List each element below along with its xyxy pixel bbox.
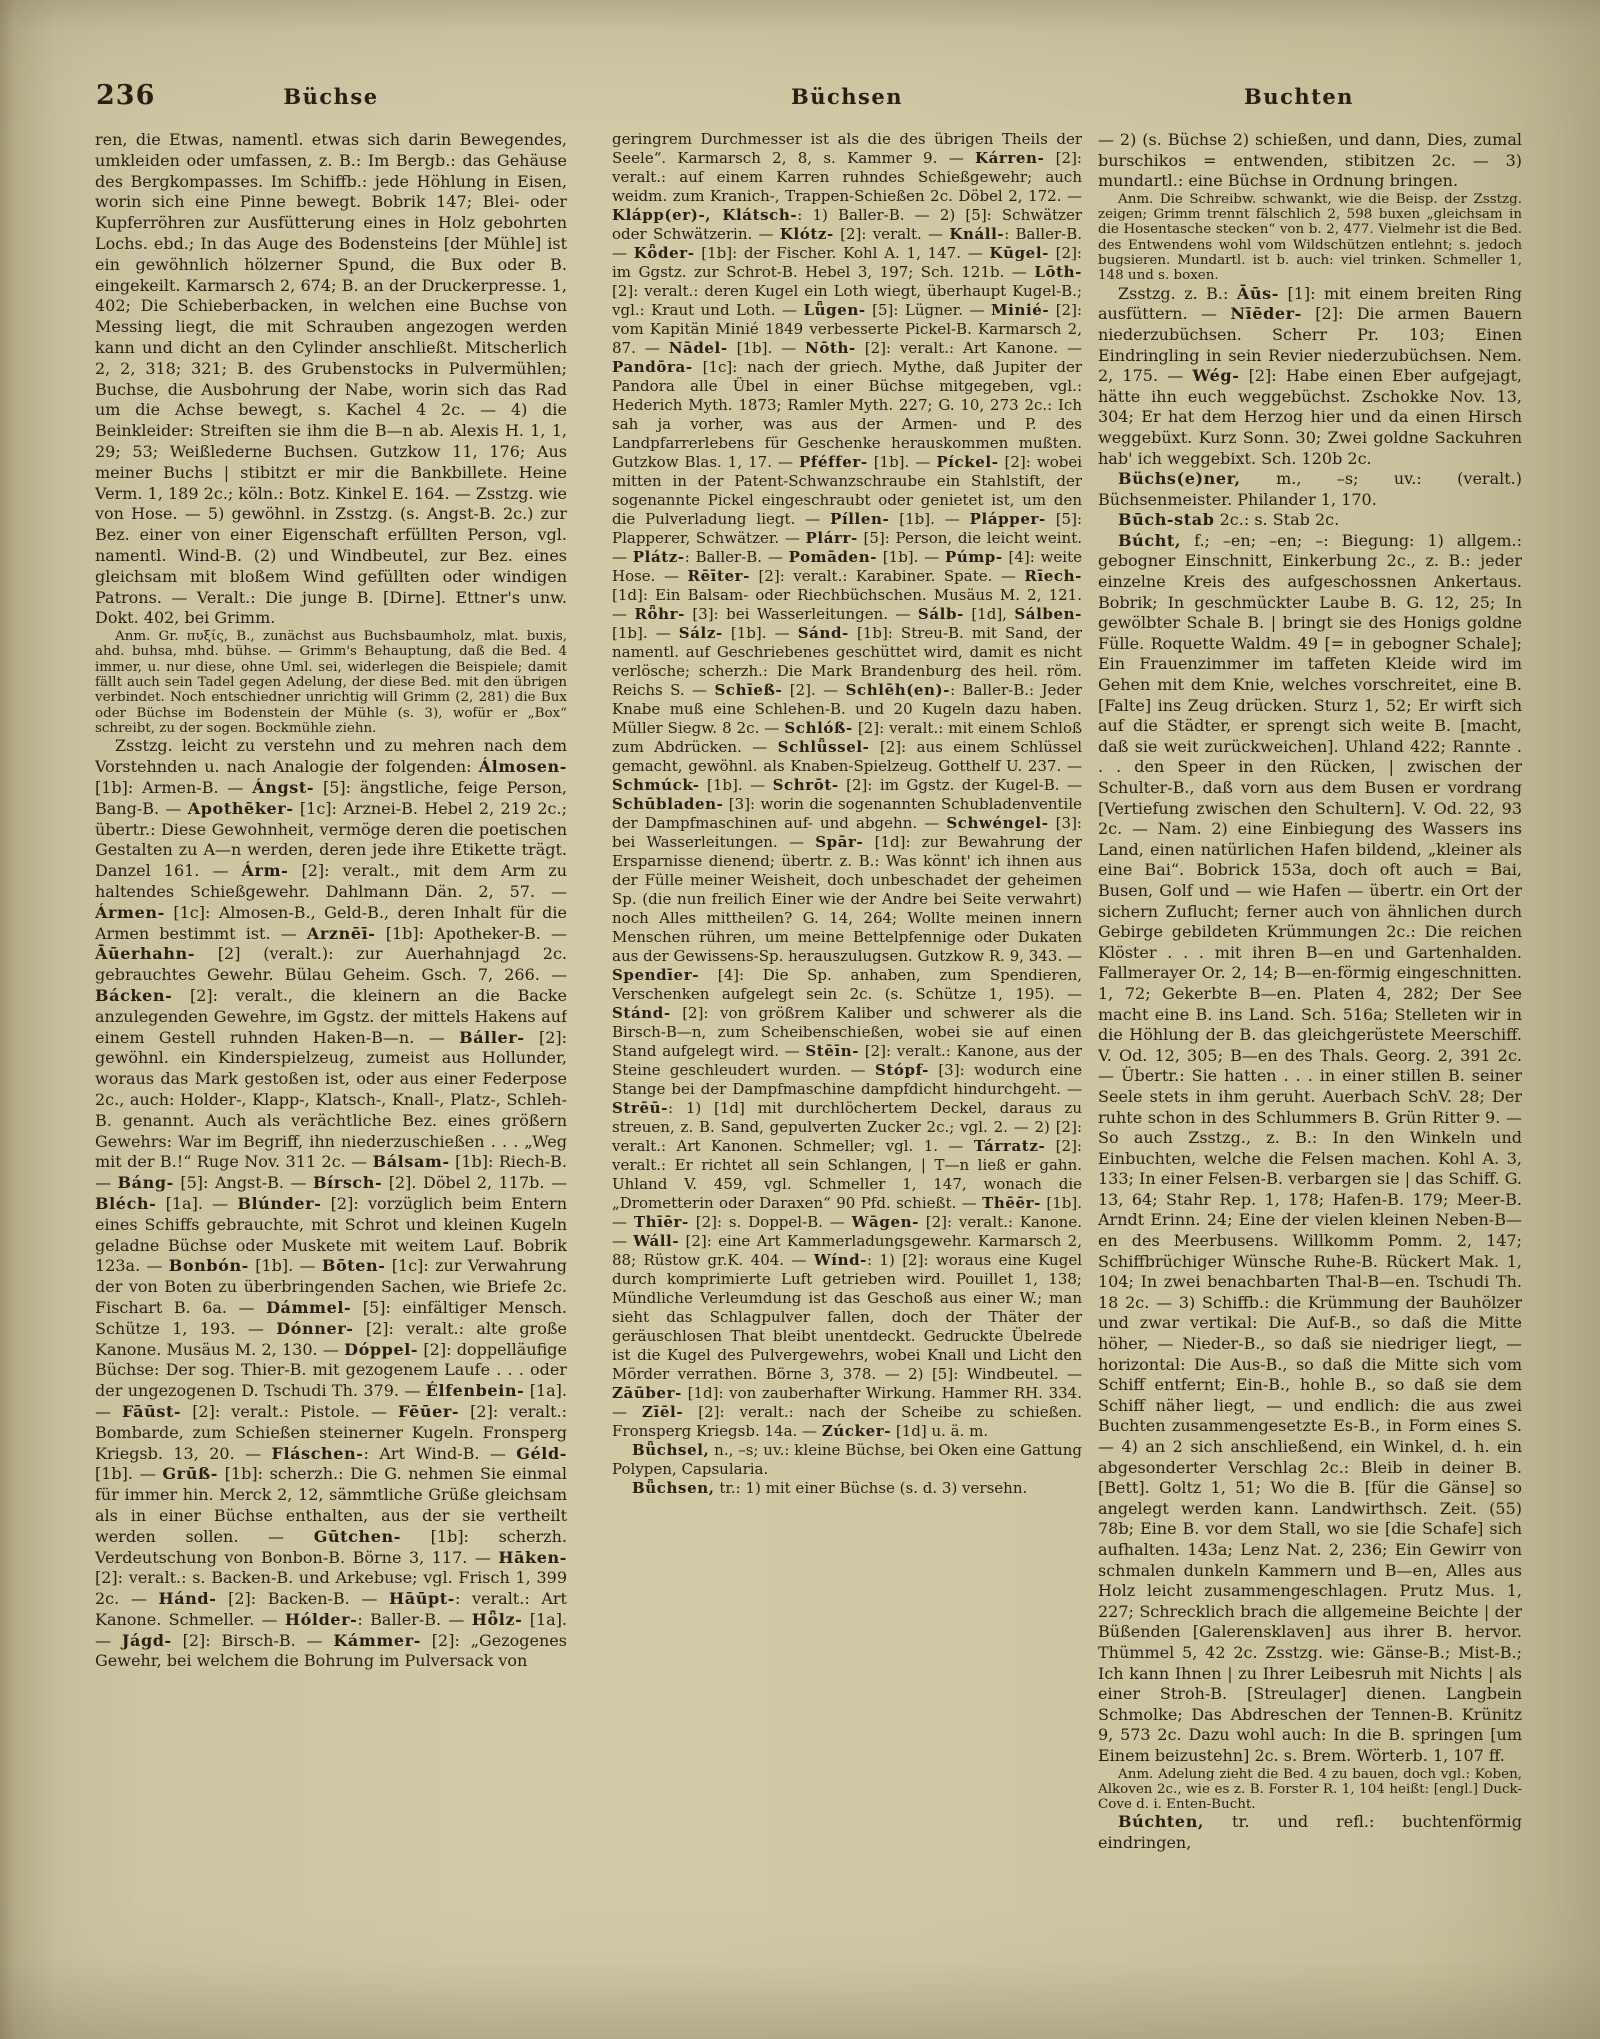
running-head-buchten: Buchten xyxy=(1076,84,1522,109)
paragraph: Búchten, tr. und refl.: buchtenförmig ei… xyxy=(1098,1812,1522,1853)
paragraph: Büchs(e)ner, m., –s; uv.: (veralt.) Büch… xyxy=(1098,469,1522,510)
paragraph: Anm. Gr. πυξίς, B., zunächst aus Buchsba… xyxy=(95,629,567,736)
running-head-buechsen: Büchsen xyxy=(612,84,1082,109)
page: 236 Büchse Büchsen Buchten ren, die Etwa… xyxy=(0,0,1600,2039)
paragraph: Zsstzg. z. B.: Āūs- [1]: mit einem breit… xyxy=(1098,284,1522,469)
paragraph: Búcht, f.; –en; –en; –: Biegung: 1) allg… xyxy=(1098,531,1522,1767)
paragraph: — 2) (s. Büchse 2) schießen, und dann, D… xyxy=(1098,130,1522,192)
paragraph: ren, die Etwas, namentl. etwas sich dari… xyxy=(95,130,567,629)
paragraph: Bǖchsen, tr.: 1) mit einer Büchse (s. d.… xyxy=(612,1479,1082,1498)
paragraph: geringrem Durchmesser ist als die des üb… xyxy=(612,130,1082,1441)
running-head-buechse: Büchse xyxy=(95,84,567,109)
paragraph: Anm. Adelung zieht die Bed. 4 zu bauen, … xyxy=(1098,1767,1522,1813)
paragraph: Anm. Die Schreibw. schwankt, wie die Bei… xyxy=(1098,192,1522,284)
paragraph: Būch-stab 2c.: s. Stab 2c. xyxy=(1098,510,1522,531)
column-3: — 2) (s. Büchse 2) schießen, und dann, D… xyxy=(1098,130,1522,1940)
column-1: ren, die Etwas, namentl. etwas sich dari… xyxy=(95,130,567,1940)
paragraph: Zsstzg. leicht zu verstehn und zu mehren… xyxy=(95,736,567,1672)
column-2: geringrem Durchmesser ist als die des üb… xyxy=(612,130,1082,1940)
paragraph: Bǖchsel, n., –s; uv.: kleine Büchse, bei… xyxy=(612,1441,1082,1479)
